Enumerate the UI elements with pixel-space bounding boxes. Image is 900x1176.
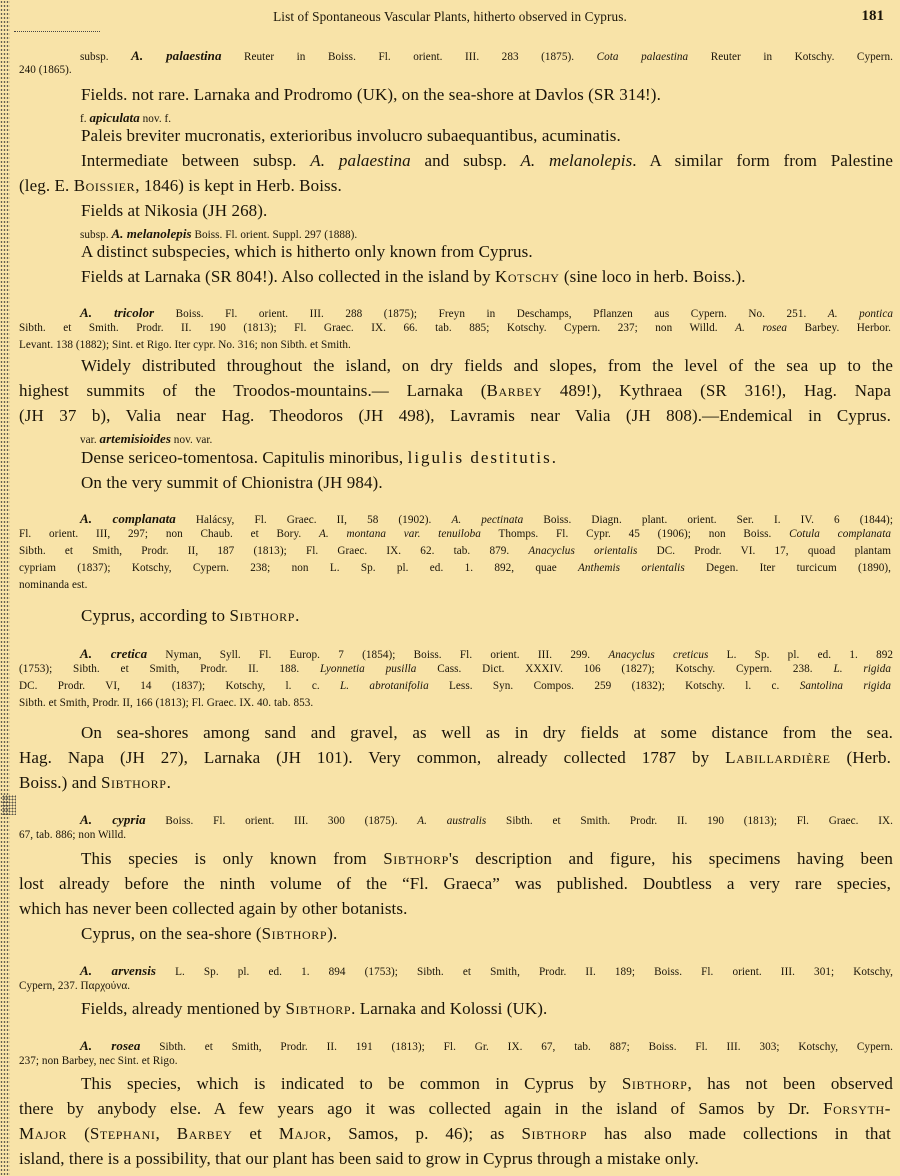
- citation-line: 237; non Barbey, nec Sint. et Rigo.: [19, 1055, 900, 1067]
- text-line: lost already before the ninth volume of …: [19, 874, 891, 894]
- text-line: Hag. Napa (JH 27), Larnaka (JH 101). Ver…: [19, 748, 891, 768]
- citation-line: subsp. A. melanolepis Boiss. Fl. orient.…: [80, 226, 900, 242]
- citation-line: A. rosea Sibth. et Smith, Prodr. II. 191…: [80, 1038, 893, 1054]
- citation-line: f. apiculata nov. f.: [80, 110, 900, 126]
- text-line: Fields at Nikosia (JH 268).: [81, 201, 900, 221]
- page-number: 181: [862, 8, 885, 25]
- text-line: Major (Stephani, Barbey et Major, Samos,…: [19, 1124, 891, 1144]
- text-line: Intermediate between subsp. A. palaestin…: [81, 151, 893, 171]
- text-line: Fields at Larnaka (SR 804!). Also collec…: [81, 267, 900, 287]
- text-line: Boiss.) and Sibthorp.: [19, 773, 900, 793]
- citation-line: Fl. orient. III, 297; non Chaub. et Bory…: [19, 528, 891, 540]
- citation-line: A. arvensis L. Sp. pl. ed. 1. 894 (1753)…: [80, 963, 893, 979]
- text-line: highest summits of the Troodos-mountains…: [19, 381, 891, 401]
- citation-line: var. artemisioides nov. var.: [80, 431, 900, 447]
- text-line: A distinct subspecies, which is hitherto…: [81, 242, 900, 262]
- text-line: Dense sericeo-tomentosa. Capitulis minor…: [81, 448, 900, 468]
- citation-line: A. complanata Halácsy, Fl. Graec. II, 58…: [80, 511, 893, 527]
- text-line: This species, which is indicated to be c…: [81, 1074, 893, 1094]
- page-header: List of Spontaneous Vascular Plants, hit…: [0, 6, 900, 26]
- text-line: island, there is a possibility, that our…: [19, 1149, 900, 1169]
- text-line: Fields. not rare. Larnaka and Prodromo (…: [81, 85, 900, 105]
- text-line: Widely distributed throughout the island…: [81, 356, 893, 376]
- running-title: List of Spontaneous Vascular Plants, hit…: [9, 9, 891, 25]
- scan-edge-artifact: [0, 0, 10, 1176]
- citation-line: Sibth. et Smith, Prodr. II, 166 (1813); …: [19, 697, 900, 709]
- citation-line: A. tricolor Boiss. Fl. orient. III. 288 …: [80, 305, 893, 321]
- scan-smudge: [2, 795, 16, 815]
- citation-line: A. cypria Boiss. Fl. orient. III. 300 (1…: [80, 812, 893, 828]
- text-line: Paleis breviter mucronatis, exterioribus…: [81, 126, 900, 146]
- citation-line: Cypern, 237. Παρχούνα.: [19, 980, 900, 992]
- citation-line: 67, tab. 886; non Willd.: [19, 829, 900, 841]
- text-line: (leg. E. Boissier, 1846) is kept in Herb…: [19, 176, 900, 196]
- text-line: On sea-shores among sand and gravel, as …: [81, 723, 893, 743]
- citation-line: subsp. A. palaestina Reuter in Boiss. Fl…: [80, 48, 893, 64]
- text-line: Fields, already mentioned by Sibthorp. L…: [81, 999, 900, 1019]
- citation-line: Sibth. et Smith, Prodr. II, 187 (1813); …: [19, 545, 891, 557]
- citation-line: DC. Prodr. VI, 14 (1837); Kotschy, l. c.…: [19, 680, 891, 692]
- text-line: Cyprus, according to Sibthorp.: [81, 606, 900, 626]
- text-line: there by anybody else. A few years ago i…: [19, 1099, 891, 1119]
- text-line: (JH 37 b), Valia near Hag. Theodoros (JH…: [19, 406, 891, 426]
- header-rule: [14, 31, 100, 32]
- text-line: which has never been collected again by …: [19, 899, 900, 919]
- citation-line: A. cretica Nyman, Syll. Fl. Europ. 7 (18…: [80, 646, 893, 662]
- citation-line: cypriam (1837); Kotschy, Cypern. 238; no…: [19, 562, 891, 574]
- citation-line: (1753); Sibth. et Smith, Prodr. II. 188.…: [19, 663, 891, 675]
- citation-line: Sibth. et Smith. Prodr. II. 190 (1813); …: [19, 322, 891, 334]
- text-line: This species is only known from Sibthorp…: [81, 849, 893, 869]
- text-line: On the very summit of Chionistra (JH 984…: [81, 473, 900, 493]
- citation-line: 240 (1865).: [19, 64, 900, 76]
- citation-line: nominanda est.: [19, 579, 900, 591]
- citation-line: Levant. 138 (1882); Sint. et Rigo. Iter …: [19, 339, 900, 351]
- text-line: Cyprus, on the sea-shore (Sibthorp).: [81, 924, 900, 944]
